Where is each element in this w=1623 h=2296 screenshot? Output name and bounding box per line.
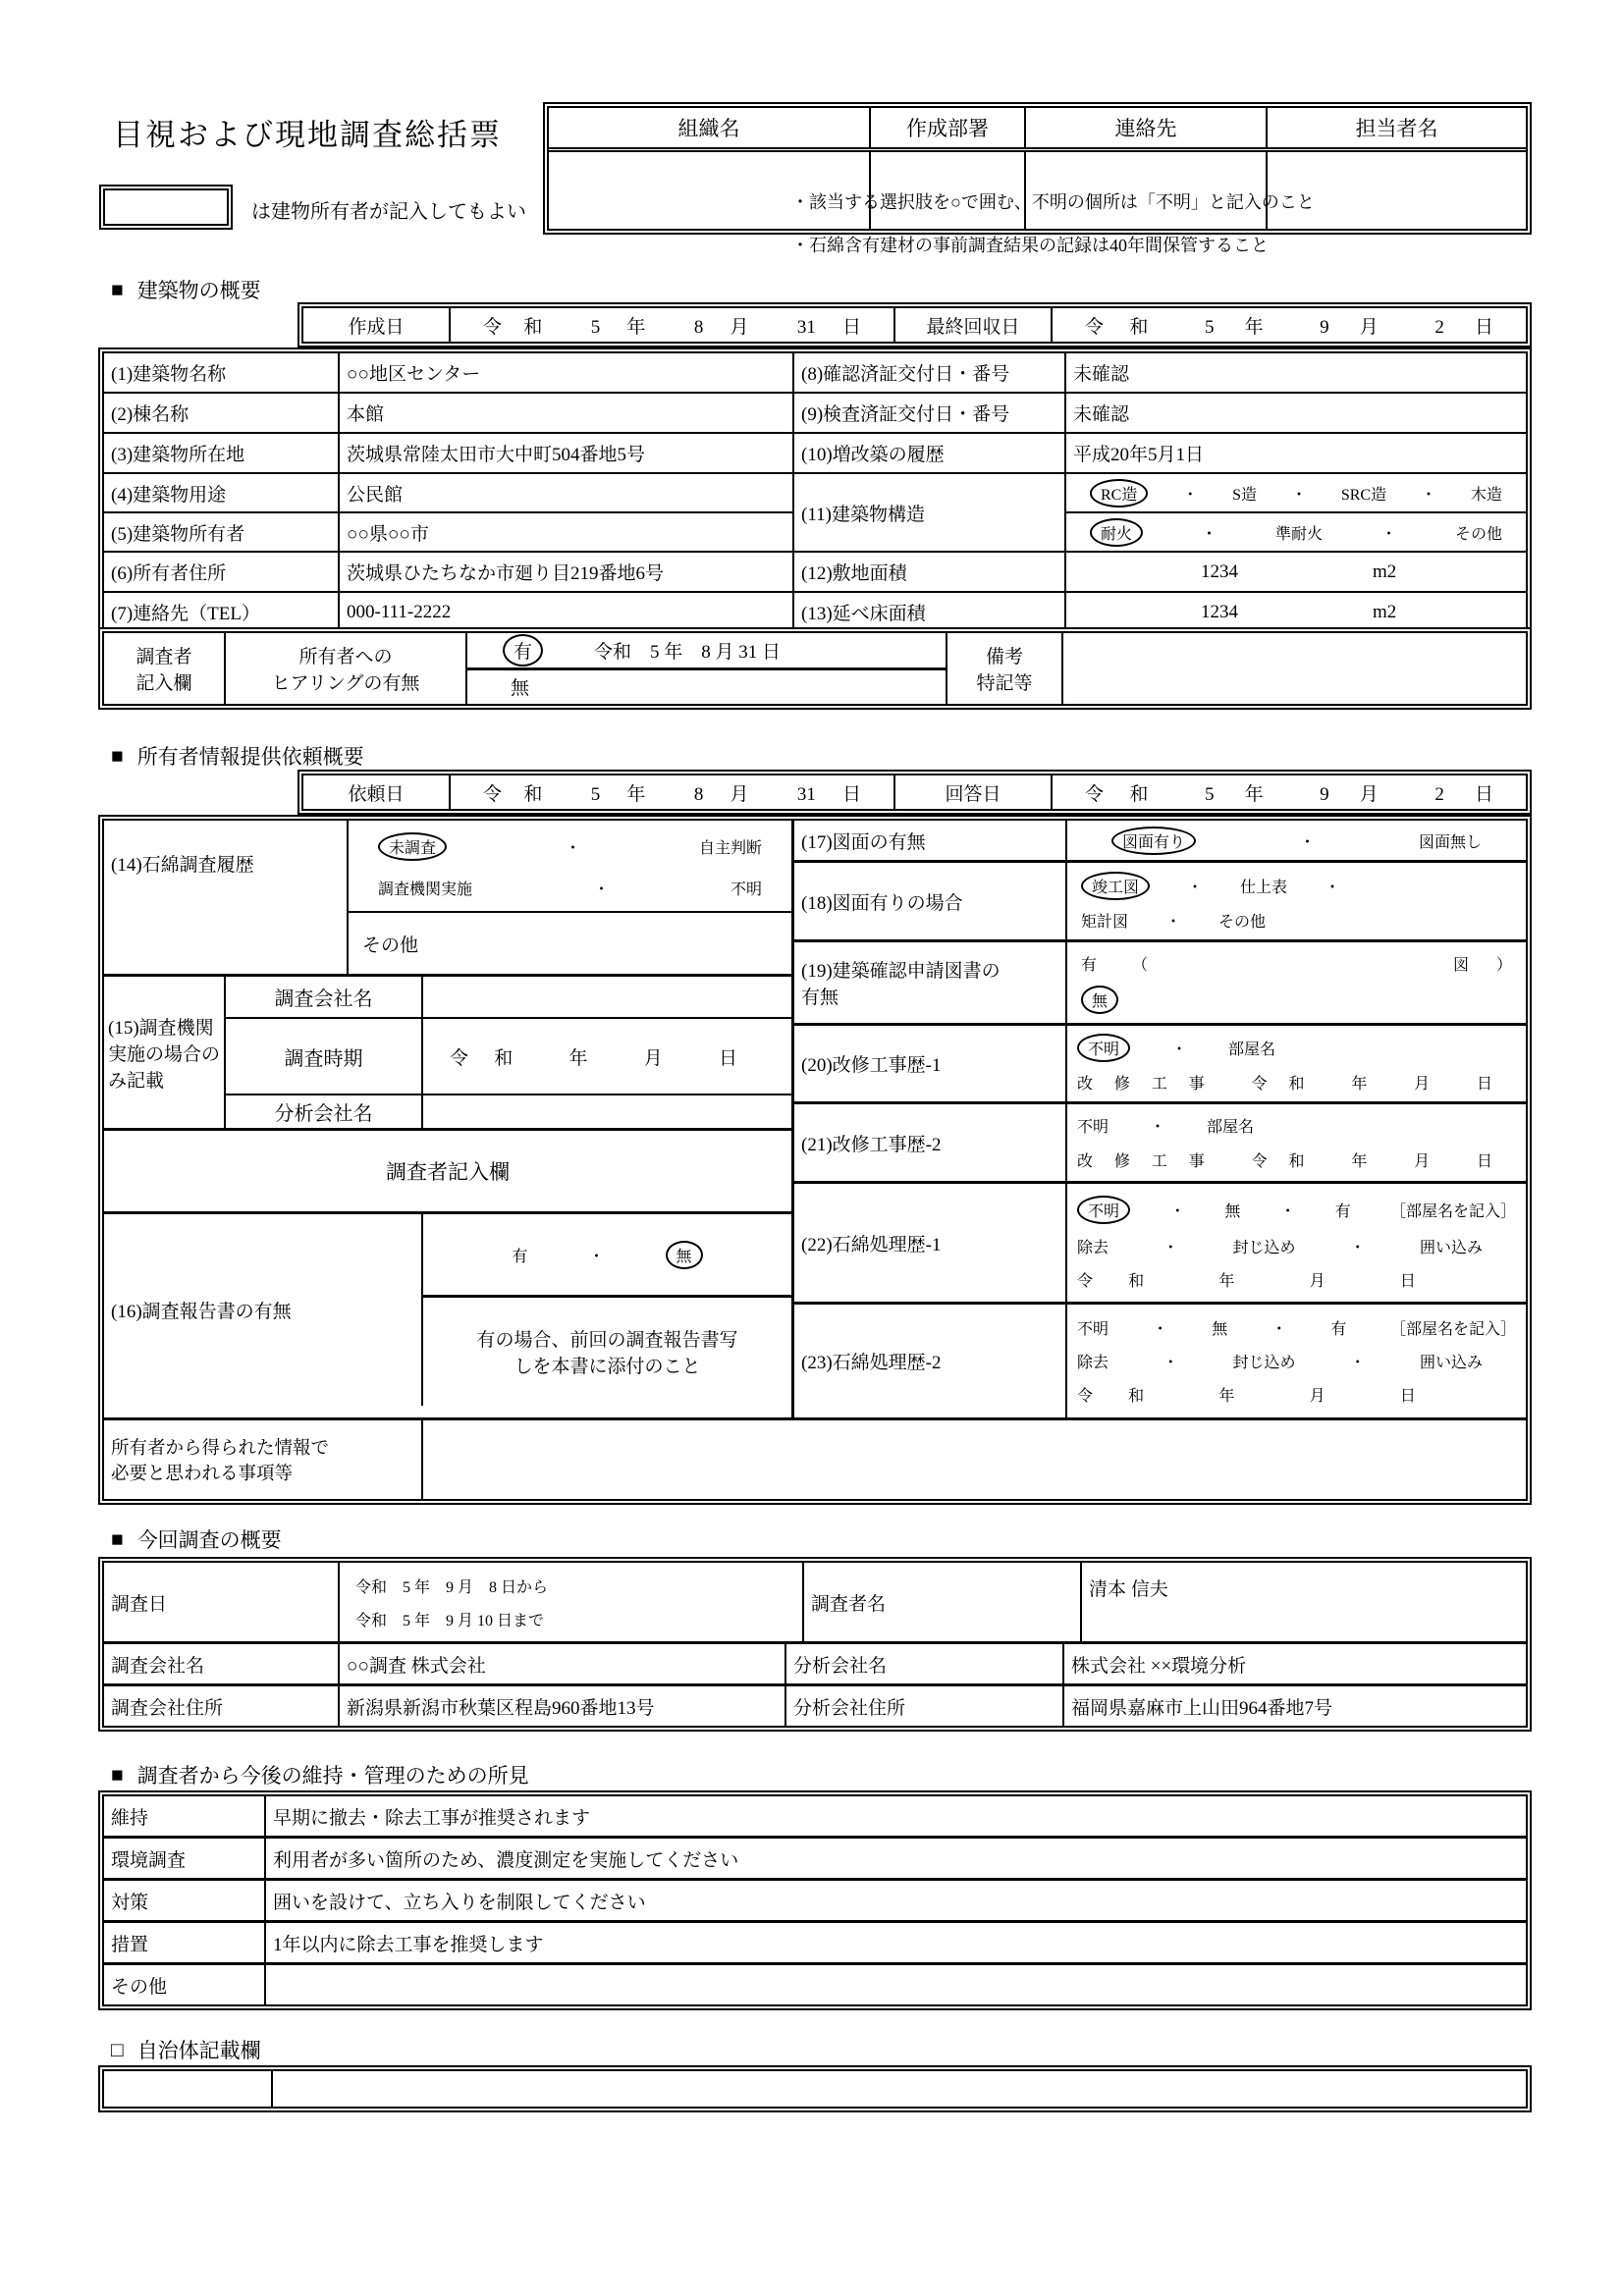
final-collect-value: 令和 5 年 9 月 2 日 xyxy=(1059,312,1519,339)
survey-date-to: 令和 5 年 9 月 10 日まで xyxy=(355,1608,802,1630)
survey-company-value xyxy=(423,977,791,1017)
option-treat2-unknown: 不明 xyxy=(1077,1316,1109,1339)
fire-resistance-options: 耐火 ・ 準耐火 ・ その他 xyxy=(1066,513,1526,551)
treatment2-line2: 除去 ・ 封じ込め ・ 囲い込み xyxy=(1067,1350,1526,1372)
option-treat1-enclosure: 囲い込み xyxy=(1420,1235,1483,1257)
survey-company-label: 調査会社名 xyxy=(226,977,423,1017)
renovation1-line1: 不明 ・ 部屋名 xyxy=(1067,1034,1526,1062)
field-label-agency-only: (15)調査機関実施の場合のみ記載 xyxy=(104,977,226,1128)
structure-type-options: RC造 ・ S造 ・ SRC造 ・ 木造 xyxy=(1066,474,1526,513)
survey-date-label: 調査日 xyxy=(104,1563,340,1641)
field-value-renovation-history: 平成20年5月1日 xyxy=(1066,434,1526,472)
org-value-contact xyxy=(1026,152,1268,229)
option-permit-no: 無 xyxy=(1081,986,1118,1014)
option-treat1-yes: 有 xyxy=(1335,1199,1351,1221)
asbestos-history-options: 未調査 ・ 自主判断 調査機関実施 ・ 不明 xyxy=(349,821,791,913)
created-date-row: 作成日 令和 5 年 8 月 31 日 最終回収日 令和 5 年 9 月 2 日 xyxy=(298,302,1532,347)
report-existence-options: 有 ・ 無 xyxy=(423,1214,791,1298)
separator-dot: ・ xyxy=(1171,1037,1187,1059)
treatment1-date: 令和 年 月 日 xyxy=(1067,1268,1416,1291)
finding-label-countermeasure: 対策 xyxy=(104,1881,266,1920)
municipality-label-cell xyxy=(104,2071,273,2107)
section3-heading-text: 今回調査の概要 xyxy=(137,1524,282,1554)
option-treat1-none: 無 xyxy=(1224,1199,1240,1221)
option-treat2-yes: 有 xyxy=(1330,1316,1346,1339)
survey-company-addr-value: 新潟県新潟市秋葉区程島960番地13号 xyxy=(340,1686,786,1726)
document-page: 目視および現地調査総括票 組織名 作成部署 連絡先 担当者名 は建物所有者が記入… xyxy=(0,0,1623,2296)
option-not-surveyed: 未調査 xyxy=(378,832,447,861)
separator-dot: ・ xyxy=(1350,1235,1366,1257)
hearing-yes-row: 有 令和 5 年 8 月 31 日 xyxy=(467,633,946,670)
org-value-person xyxy=(1268,152,1526,229)
page-title: 目視および現地調査総括票 xyxy=(113,110,502,154)
org-value-dept xyxy=(871,152,1026,229)
section2-marker: ■ xyxy=(111,744,124,769)
separator-dot: ・ xyxy=(565,835,580,858)
field-label-owner-address: (6)所有者住所 xyxy=(104,553,340,591)
field-label-building-name: (1)建築物名称 xyxy=(104,353,340,392)
section3-heading: ■ 今回調査の概要 xyxy=(111,1524,282,1554)
permit-docs-no-line: 無 xyxy=(1067,986,1526,1014)
option-unknown: 不明 xyxy=(730,877,762,899)
analysis-company-addr-label: 分析会社住所 xyxy=(786,1686,1064,1726)
analysis-company2-value: 株式会社 ××環境分析 xyxy=(1064,1644,1526,1683)
separator-dot: ・ xyxy=(1421,482,1436,505)
field-value-floor-area: 1234 m2 xyxy=(1066,593,1526,631)
finding-value-countermeasure: 囲いを設けて、立ち入りを制限してください xyxy=(266,1881,1526,1920)
field-value-owner-address: 茨城県ひたちなか市廻り目219番地6号 xyxy=(340,553,794,591)
option-treat2-sealing: 封じ込め xyxy=(1232,1350,1295,1372)
field-label-treatment1: (22)石綿処理歴-1 xyxy=(794,1184,1067,1302)
field-value-building-name: ○○地区センター xyxy=(340,353,794,392)
option-completion-drawing: 竣工図 xyxy=(1081,872,1150,900)
municipality-value-cell xyxy=(273,2071,1526,2107)
surveyor-hearing-row: 調査者記入欄 所有者へのヒアリングの有無 有 令和 5 年 8 月 31 日 無… xyxy=(98,627,1532,710)
section4-marker: ■ xyxy=(111,1763,124,1788)
field-label-treatment2: (23)石綿処理歴-2 xyxy=(794,1305,1067,1417)
instruction-note-1: ・該当する選択肢を○で囲む、不明の個所は「不明」と記入のこと xyxy=(791,193,1315,213)
field-value-wing-name: 本館 xyxy=(340,394,794,432)
asbestos-history-other: その他 xyxy=(349,913,791,974)
section5-heading: □ 自治体記載欄 xyxy=(111,2035,261,2064)
option-section-drawing: 矩計図 xyxy=(1081,909,1128,932)
renovation2-line1: 不明 ・ 部屋名 xyxy=(1067,1114,1526,1137)
section4-heading-text: 調査者から今後の維持・管理のための所見 xyxy=(137,1760,529,1789)
hearing-no-option: 無 xyxy=(511,673,529,700)
owner-info-notes-label: 所有者から得られた情報で必要と思われる事項等 xyxy=(104,1420,423,1499)
answer-date-value: 令和 5 年 9 月 2 日 xyxy=(1059,779,1519,806)
option-rc: RC造 xyxy=(1090,479,1148,507)
separator-dot: ・ xyxy=(1299,829,1315,852)
section2-heading-text: 所有者情報提供依頼概要 xyxy=(137,741,364,771)
finding-value-maintain: 早期に撤去・除去工事が推奨されます xyxy=(266,1796,1526,1836)
separator-dot: ・ xyxy=(1380,521,1396,544)
created-date-label: 作成日 xyxy=(303,308,451,342)
option-treat1-sealing: 封じ込め xyxy=(1232,1235,1295,1257)
floor-area-unit: m2 xyxy=(1373,602,1526,623)
separator-dot: ・ xyxy=(1187,875,1203,897)
separator-dot: ・ xyxy=(1153,1316,1168,1339)
option-treat1-removal: 除去 xyxy=(1077,1235,1109,1257)
municipality-table xyxy=(98,2065,1532,2112)
field-label-asbestos-history: (14)石綿調査履歴 xyxy=(104,821,349,974)
field-value-building-use: 公民館 xyxy=(340,474,794,511)
section4-heading: ■ 調査者から今後の維持・管理のための所見 xyxy=(111,1760,529,1789)
answer-date-label: 回答日 xyxy=(895,775,1053,809)
option-src: SRC造 xyxy=(1341,482,1386,505)
section1-heading-text: 建築物の概要 xyxy=(137,275,261,304)
surveyor-name-value: 清本 信夫 xyxy=(1082,1563,1526,1641)
findings-table: 維持 早期に撤去・除去工事が推奨されます 環境調査 利用者が多い箇所のため、濃度… xyxy=(98,1790,1532,2010)
surveyor-entry-section-header: 調査者記入欄 xyxy=(104,1131,791,1214)
option-semi-fireproof: 準耐火 xyxy=(1275,521,1323,544)
field-label-site-area: (12)敷地面積 xyxy=(794,553,1066,591)
field-value-site-area: 1234 m2 xyxy=(1066,553,1526,591)
org-header-dept: 作成部署 xyxy=(871,108,1026,147)
field-label-renovation2: (21)改修工事歴-2 xyxy=(794,1104,1067,1181)
section2-heading: ■ 所有者情報提供依頼概要 xyxy=(111,741,364,771)
option-treat1-unknown: 不明 xyxy=(1077,1196,1130,1224)
treatment2-date: 令和 年 月 日 xyxy=(1067,1383,1416,1406)
finding-value-other xyxy=(266,1965,1526,2004)
surveyor-name-label: 調査者名 xyxy=(804,1563,1082,1641)
paren-open: （ xyxy=(1132,952,1148,975)
field-label-confirm-cert: (8)確認済証交付日・番号 xyxy=(794,353,1066,392)
field-label-inspect-cert: (9)検査済証交付日・番号 xyxy=(794,394,1066,432)
separator-dot: ・ xyxy=(1291,482,1307,505)
finding-value-measure: 1年以内に除去工事を推奨します xyxy=(266,1923,1526,1962)
field-label-drawings: (17)図面の有無 xyxy=(794,821,1067,860)
survey-company-addr-label: 調査会社住所 xyxy=(104,1686,340,1726)
field-label-wing-name: (2)棟名称 xyxy=(104,394,340,432)
field-value-inspect-cert: 未確認 xyxy=(1066,394,1526,432)
separator-dot: ・ xyxy=(1350,1350,1366,1372)
option-finish-table: 仕上表 xyxy=(1240,875,1287,897)
option-report-yes: 有 xyxy=(512,1244,527,1266)
separator-dot: ・ xyxy=(1165,909,1181,932)
separator-dot: ・ xyxy=(1163,1235,1178,1257)
owner-info-table: (14)石綿調査履歴 未調査 ・ 自主判断 調査機関実施 ・ 不明 xyxy=(98,815,1532,1505)
field-value-building-owner: ○○県○○市 xyxy=(340,513,794,551)
option-report-no: 無 xyxy=(666,1241,703,1269)
section5-heading-text: 自治体記載欄 xyxy=(137,2035,261,2064)
field-label-tel: (7)連絡先（TEL） xyxy=(104,593,340,631)
remarks-label: 備考特記等 xyxy=(947,633,1063,704)
survey-time-label: 調査時期 xyxy=(226,1019,423,1094)
hearing-yes-option: 有 xyxy=(503,634,543,667)
analysis-company-addr-value: 福岡県嘉麻市上山田964番地7号 xyxy=(1064,1686,1526,1726)
site-area-number: 1234 xyxy=(1066,561,1373,583)
hearing-label: 所有者へのヒアリングの有無 xyxy=(226,633,467,704)
separator-dot: ・ xyxy=(1280,1199,1296,1221)
floor-area-number: 1234 xyxy=(1066,602,1373,623)
field-label-structure: (11)建築物構造 xyxy=(794,474,1066,551)
hearing-date: 令和 5 年 8 月 31 日 xyxy=(594,637,781,664)
analysis-company2-label: 分析会社名 xyxy=(786,1644,1064,1683)
renovation2-date: 改修工事 令和 年 月 日 xyxy=(1067,1148,1526,1171)
field-label-permit-docs: (19)建築確認申請図書の有無 xyxy=(794,942,1067,1023)
finding-label-maintain: 維持 xyxy=(104,1796,266,1836)
drawing-type-line2: 矩計図 ・ その他 xyxy=(1067,909,1526,932)
field-label-floor-area: (13)延べ床面積 xyxy=(794,593,1066,631)
field-label-report-existence: (16)調査報告書の有無 xyxy=(104,1214,423,1406)
finding-label-env-survey: 環境調査 xyxy=(104,1839,266,1878)
survey-time-value: 令和 年 月 日 xyxy=(430,1043,784,1070)
analysis-company-label: 分析会社名 xyxy=(226,1095,423,1128)
survey-company2-label: 調査会社名 xyxy=(104,1644,340,1683)
building-overview-table: (1)建築物名称 ○○地区センター (8)確認済証交付日・番号 未確認 (2)棟… xyxy=(98,347,1532,637)
option-reno1-unknown: 不明 xyxy=(1077,1034,1130,1062)
option-fireproof: 耐火 xyxy=(1090,518,1143,547)
section1-heading: ■ 建築物の概要 xyxy=(111,275,261,304)
separator-dot: ・ xyxy=(1150,1114,1165,1137)
treatment1-line2: 除去 ・ 封じ込め ・ 囲い込み xyxy=(1067,1235,1526,1257)
option-drawings-no: 図面無し xyxy=(1419,829,1482,852)
option-reno2-room: 部屋名 xyxy=(1207,1114,1254,1137)
option-permit-yes: 有 xyxy=(1081,952,1097,975)
org-header-contact: 連絡先 xyxy=(1026,108,1268,147)
site-area-unit: m2 xyxy=(1373,561,1526,583)
option-treat2-enclosure: 囲い込み xyxy=(1420,1350,1483,1372)
option-s: S造 xyxy=(1232,482,1257,505)
option-reno2-unknown: 不明 xyxy=(1077,1114,1109,1137)
option-agency-done: 調査機関実施 xyxy=(378,877,472,899)
remarks-value xyxy=(1063,633,1526,704)
field-label-building-use: (4)建築物用途 xyxy=(104,474,340,511)
separator-dot: ・ xyxy=(1163,1350,1178,1372)
analysis-company-value xyxy=(423,1095,791,1128)
separator-dot: ・ xyxy=(1182,482,1198,505)
drawing-type-line1: 竣工図 ・ 仕上表 ・ xyxy=(1067,872,1526,900)
field-value-tel: 000-111-2222 xyxy=(340,593,794,631)
option-other-fire: その他 xyxy=(1455,521,1502,544)
separator-dot: ・ xyxy=(1325,875,1340,897)
option-reno1-room: 部屋名 xyxy=(1228,1037,1275,1059)
instruction-note-2: ・石綿含有建材の事前調査結果の記録は40年間保管すること xyxy=(791,237,1269,256)
drawings-options: 図面有り ・ 図面無し xyxy=(1067,821,1526,860)
section3-marker: ■ xyxy=(111,1527,124,1552)
permit-docs-yes-line: 有 （ 図 ） xyxy=(1067,952,1526,975)
section5-marker: □ xyxy=(111,2038,124,2062)
treat2-room-note: ［部屋名を記入］ xyxy=(1390,1316,1516,1339)
option-wood: 木造 xyxy=(1471,482,1502,505)
field-label-location: (3)建築物所在地 xyxy=(104,434,340,472)
org-header-name: 組織名 xyxy=(549,108,871,147)
separator-dot: ・ xyxy=(1201,521,1217,544)
org-table: 組織名 作成部署 連絡先 担当者名 xyxy=(543,102,1532,235)
treatment1-line1: 不明 ・ 無 ・ 有 ［部屋名を記入］ xyxy=(1067,1196,1526,1224)
field-label-renovation1: (20)改修工事歴-1 xyxy=(794,1026,1067,1101)
final-collect-label: 最終回収日 xyxy=(895,308,1053,342)
owner-info-notes-value xyxy=(423,1420,1526,1499)
surveyor-entry-label: 調査者記入欄 xyxy=(104,633,226,704)
finding-value-env-survey: 利用者が多い箇所のため、濃度測定を実施してください xyxy=(266,1839,1526,1878)
finding-label-other: その他 xyxy=(104,1965,266,2004)
separator-dot: ・ xyxy=(588,1244,604,1266)
hearing-no-row: 無 xyxy=(467,670,946,705)
org-value-name xyxy=(549,152,871,229)
field-label-building-owner: (5)建築物所有者 xyxy=(104,513,340,551)
current-survey-table: 調査日 令和 5 年 9 月 8 日から 令和 5 年 9 月 10 日まで 調… xyxy=(98,1557,1532,1732)
drawing-count-unit: 図 xyxy=(1453,952,1469,975)
report-attach-note: 有の場合、前回の調査報告書写しを本書に添付のこと xyxy=(423,1298,791,1406)
request-date-value: 令和 5 年 8 月 31 日 xyxy=(458,779,887,806)
owner-fill-legend-box xyxy=(99,185,233,230)
created-date-value: 令和 5 年 8 月 31 日 xyxy=(458,312,887,339)
org-header-person: 担当者名 xyxy=(1268,108,1526,147)
option-treat2-removal: 除去 xyxy=(1077,1350,1109,1372)
option-treat2-none: 無 xyxy=(1212,1316,1227,1339)
treatment2-line1: 不明 ・ 無 ・ 有 ［部屋名を記入］ xyxy=(1067,1316,1526,1339)
separator-dot: ・ xyxy=(593,877,609,899)
section1-marker: ■ xyxy=(111,278,124,302)
field-label-renovation-history: (10)増改築の履歴 xyxy=(794,434,1066,472)
option-drawings-yes: 図面有り xyxy=(1111,827,1196,855)
survey-company2-value: ○○調査 株式会社 xyxy=(340,1644,786,1683)
separator-dot: ・ xyxy=(1271,1316,1287,1339)
treat1-room-note: ［部屋名を記入］ xyxy=(1390,1199,1516,1221)
paren-close: ） xyxy=(1496,952,1512,975)
field-value-location: 茨城県常陸太田市大中町504番地5号 xyxy=(340,434,794,472)
request-date-label: 依頼日 xyxy=(303,775,451,809)
survey-date-from: 令和 5 年 9 月 8 日から xyxy=(355,1575,802,1597)
renovation1-date: 改修工事 令和 年 月 日 xyxy=(1067,1071,1526,1094)
request-date-row: 依頼日 令和 5 年 8 月 31 日 回答日 令和 5 年 9 月 2 日 xyxy=(298,770,1532,815)
owner-fill-legend-text: は建物所有者が記入してもよい xyxy=(251,195,526,224)
option-self-judgement: 自主判断 xyxy=(699,835,762,858)
field-label-drawing-types: (18)図面有りの場合 xyxy=(794,863,1067,939)
field-value-confirm-cert: 未確認 xyxy=(1066,353,1526,392)
separator-dot: ・ xyxy=(1169,1199,1185,1221)
option-drawing-other: その他 xyxy=(1218,909,1266,932)
finding-label-measure: 措置 xyxy=(104,1923,266,1962)
